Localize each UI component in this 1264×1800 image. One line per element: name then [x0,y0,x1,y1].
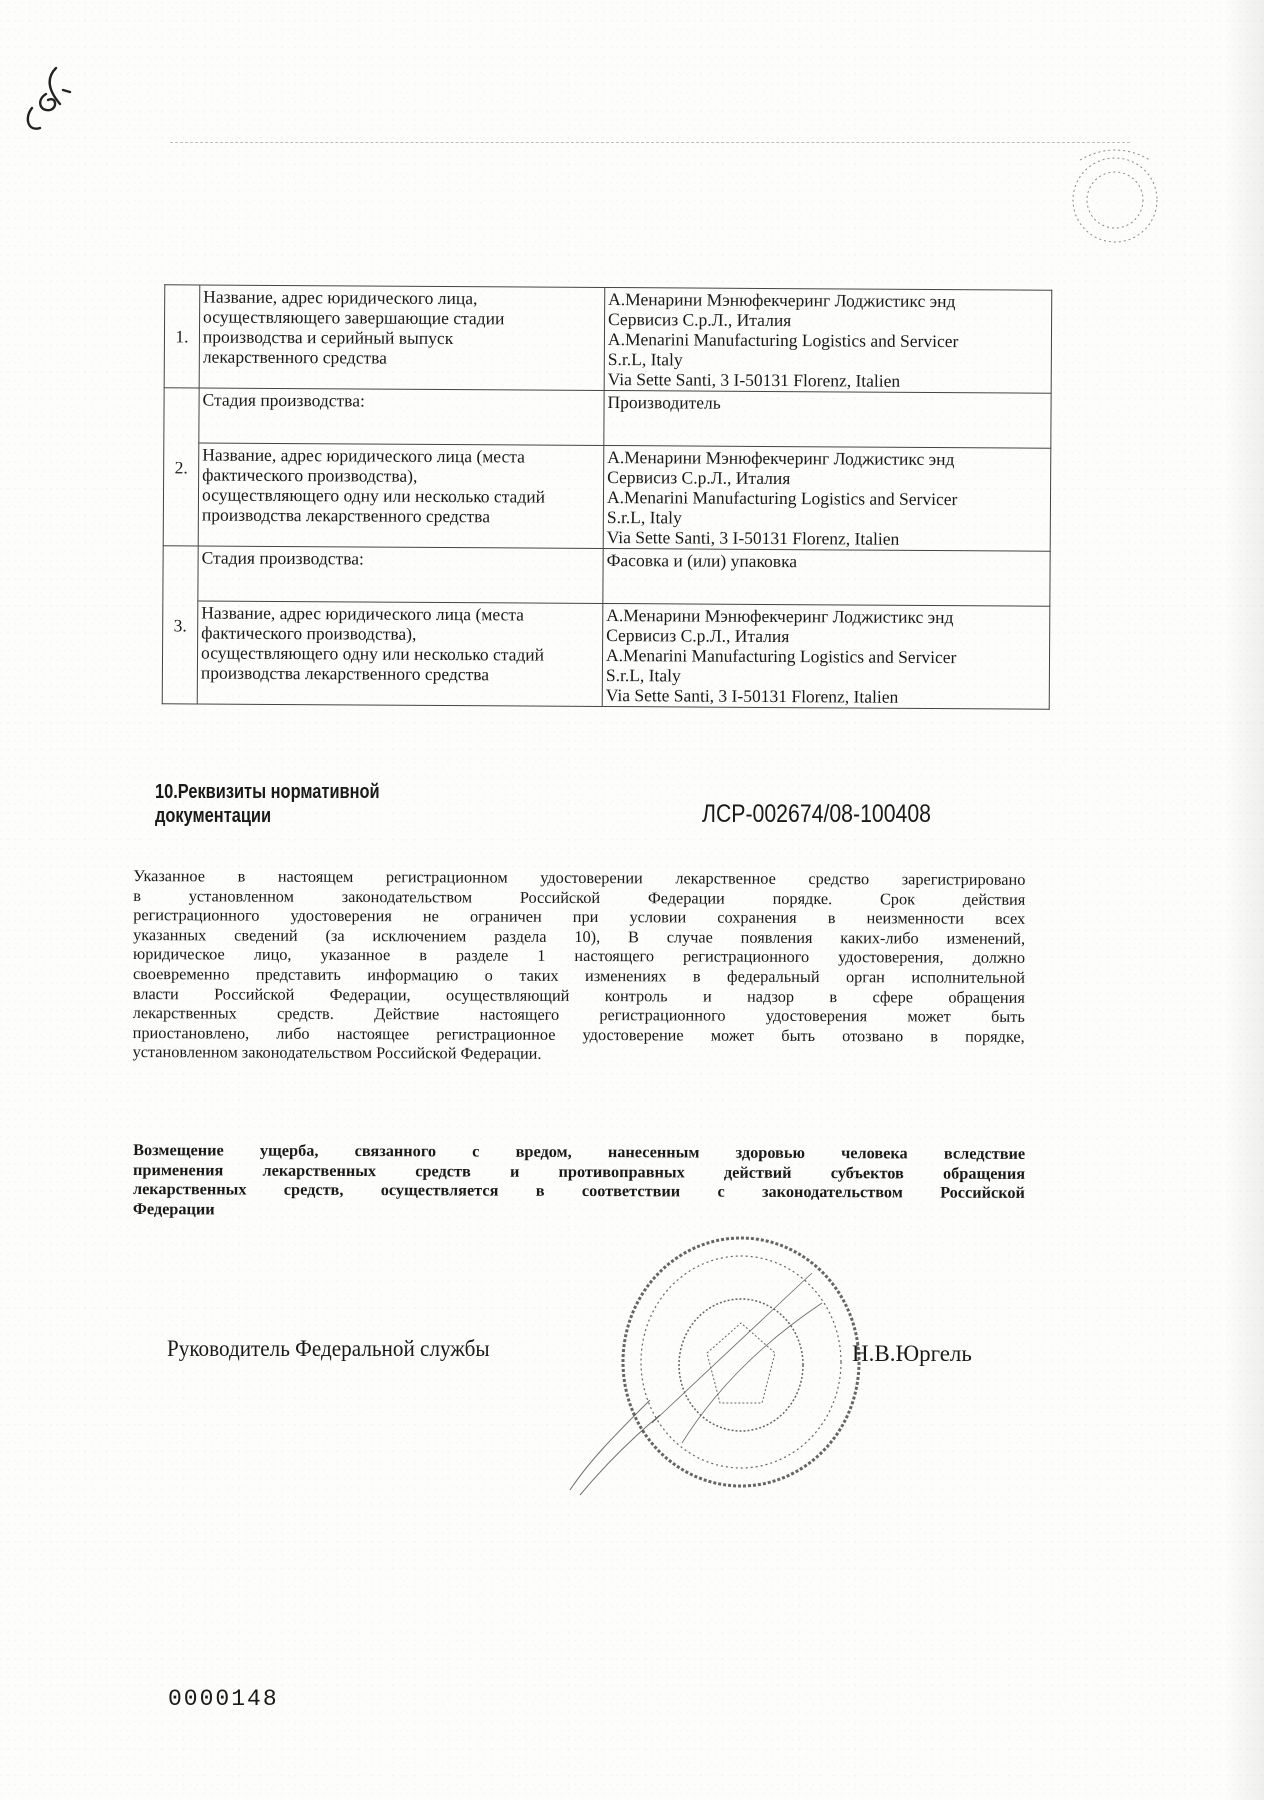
value-line: S.r.L, Italy [606,665,1046,688]
row-number: 2. [163,388,199,546]
value-line: Via Sette Santi, 3 I-50131 Florenz, Ital… [606,685,1046,708]
value-line: Via Sette Santi, 3 I-50131 Florenz, Ital… [608,369,1048,392]
signer-name: Н.В.Юргель [852,1341,972,1367]
label-line: фактического производства), [201,623,599,645]
manufacturer-table: 1. Название, адрес юридического лица, ос… [162,284,1053,709]
row-value: А.Менарини Мэнюфекчеринг Лоджистикс энд … [603,445,1051,551]
label-line: Название, адрес юридического лица (места [201,603,599,625]
value-line: А.Менарини Мэнюфекчеринг Лоджистикс энд [607,447,1047,470]
row-number: 3. [162,546,198,704]
stage-value: Фасовка и (или) упаковка [603,548,1050,606]
signer-title: Руководитель Федеральной службы [167,1336,490,1362]
emblem-watermark-icon [1040,140,1190,250]
stage-label: Стадия производства: [198,546,603,603]
row-value: А.Менарини Мэнюфекчеринг Лоджистикс энд … [602,603,1050,709]
label-line: производства лекарственного средства [201,663,599,685]
table-row-stage: 2. Стадия производства: Производитель [164,388,1051,448]
value-line: Via Sette Santi, 3 I-50131 Florenz, Ital… [607,527,1047,550]
value-line: Сервисиз С.р.Л., Италия [606,625,1046,648]
row-label: Название, адрес юридического лица (места… [198,443,604,548]
section-title-line: документации [155,804,380,828]
row-label: Название, адрес юридического лица (места… [197,601,603,706]
value-line: Сервисиз С.р.Л., Италия [607,467,1047,490]
value-line: Сервисиз С.р.Л., Италия [608,309,1048,332]
label-line: производства и серийный выпуск [203,327,601,349]
section-title-line: 10.Реквизиты нормативной [155,780,380,804]
serial-number: 0000148 [168,1686,279,1712]
stage-value: Производитель [604,390,1051,448]
paragraph-line: установленном законодательством Российск… [133,1042,1025,1065]
liability-paragraph: Возмещение ущерба, связанного с вредом, … [133,1140,1025,1222]
value-line: A.Menarini Manufacturing Logistics and S… [608,329,1048,352]
label-line: Название, адрес юридического лица, [203,287,601,309]
handwritten-mark-icon [18,60,88,140]
paragraph-line: лекарственных средств, осуществляется в … [133,1179,1025,1202]
label-line: лекарственного средства [203,347,601,369]
label-line: осуществляющего одну или несколько стади… [201,643,599,665]
validity-paragraph: Указанное в настоящем регистрационном уд… [133,866,1026,1066]
row-label: Название, адрес юридического лица, осуще… [199,285,605,390]
stage-label: Стадия производства: [199,388,604,445]
value-line: S.r.L, Italy [608,349,1048,372]
row-number: 1. [164,285,200,388]
table-row: 1. Название, адрес юридического лица, ос… [164,285,1052,393]
value-line: S.r.L, Italy [607,507,1047,530]
label-line: Название, адрес юридического лица (места [202,445,600,467]
signature-icon [560,1380,680,1500]
scan-artifact-line [170,142,1130,146]
table-row: Название, адрес юридического лица (места… [163,443,1051,551]
paragraph-line: Федерации [133,1199,1025,1222]
table-row: Название, адрес юридического лица (места… [162,601,1050,709]
registration-number: ЛСР-002674/08-100408 [702,800,931,829]
section-10-title: 10.Реквизиты нормативной документации [155,780,380,828]
label-line: осуществляющего одну или несколько стади… [202,485,600,507]
value-line: A.Menarini Manufacturing Logistics and S… [606,645,1046,668]
label-line: осуществляющего завершающие стадии [203,307,601,329]
value-line: A.Menarini Manufacturing Logistics and S… [607,487,1047,510]
label-line: производства лекарственного средства [202,505,600,527]
table-row-stage: 3. Стадия производства: Фасовка и (или) … [163,546,1050,606]
value-line: А.Менарини Мэнюфекчеринг Лоджистикс энд [608,289,1048,312]
value-line: А.Менарини Мэнюфекчеринг Лоджистикс энд [606,605,1046,628]
label-line: фактического производства), [202,465,600,487]
scan-edge-shadow [1224,0,1264,1800]
row-value: А.Менарини Мэнюфекчеринг Лоджистикс энд … [604,287,1052,393]
